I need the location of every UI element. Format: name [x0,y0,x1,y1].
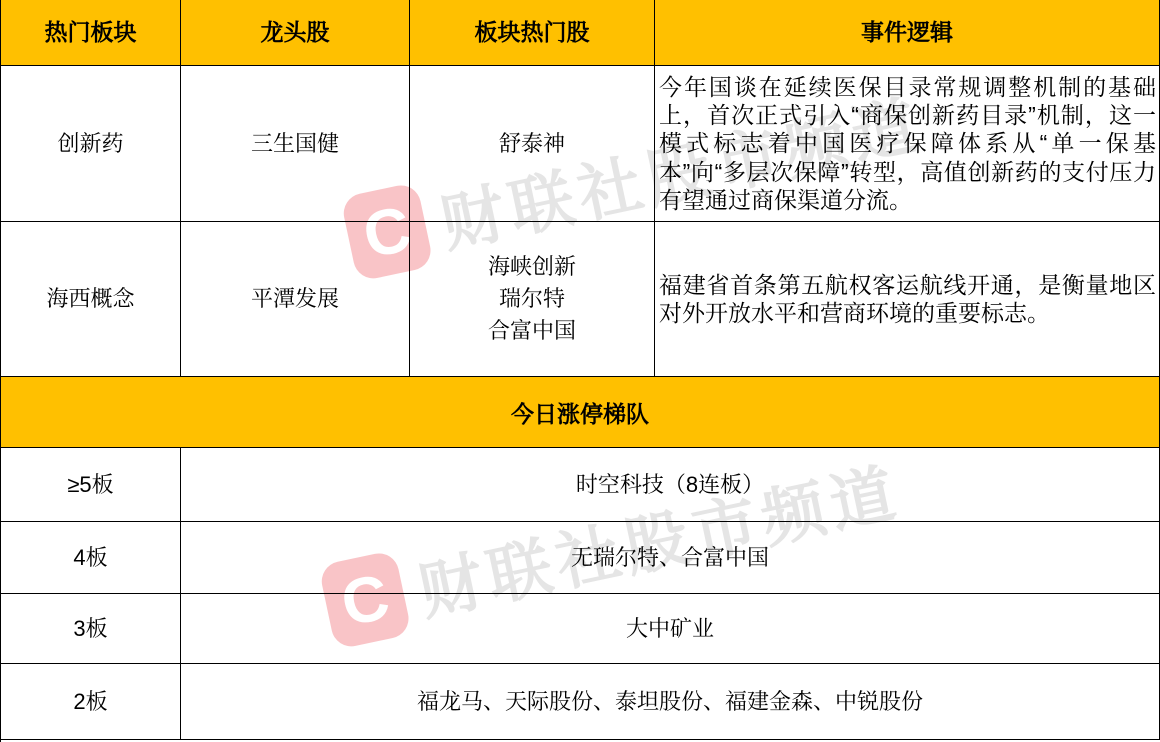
header-hot-sector: 热门板块 [1,0,181,66]
ladder-stocks: 无瑞尔特、合富中国 [181,522,1160,594]
header-sector-hot-stocks: 板块热门股 [410,0,655,66]
ladder-tier: 4板 [1,522,181,594]
event-logic-text: 福建省首条第五航权客运航线开通，是衡量地区对外开放水平和营商环境的重要标志。 [655,222,1160,377]
sector-hot-stocks: 舒泰神 [410,66,655,222]
hot-sectors-table: 热门板块 龙头股 板块热门股 事件逻辑 创新药 三生国健 舒泰神 今年国谈在延续… [1,0,1160,377]
ladder-stocks: 时空科技（8连板） [181,448,1160,522]
limit-up-ladder-table: ≥5板 时空科技（8连板） 4板 无瑞尔特、合富中国 3板 大中矿业 2板 福龙… [1,448,1160,740]
leading-stock: 平潭发展 [181,222,410,377]
header-event-logic: 事件逻辑 [655,0,1160,66]
limit-up-ladder-title: 今日涨停梯队 [1,377,1160,448]
ladder-tier: 3板 [1,594,181,664]
sector-name: 海西概念 [1,222,181,377]
ladder-tier: ≥5板 [1,448,181,522]
sector-hot-stocks: 海峡创新 瑞尔特 合富中国 [410,222,655,377]
event-logic-text: 今年国谈在延续医保目录常规调整机制的基础上，首次正式引入“商保创新药目录”机制，… [655,66,1160,222]
ladder-tier: 2板 [1,664,181,740]
leading-stock: 三生国健 [181,66,410,222]
stock-sector-table: 热门板块 龙头股 板块热门股 事件逻辑 创新药 三生国健 舒泰神 今年国谈在延续… [0,0,1160,742]
sector-name: 创新药 [1,66,181,222]
header-leading-stock: 龙头股 [181,0,410,66]
ladder-stocks: 大中矿业 [181,594,1160,664]
ladder-stocks: 福龙马、天际股份、泰坦股份、福建金森、中锐股份 [181,664,1160,740]
